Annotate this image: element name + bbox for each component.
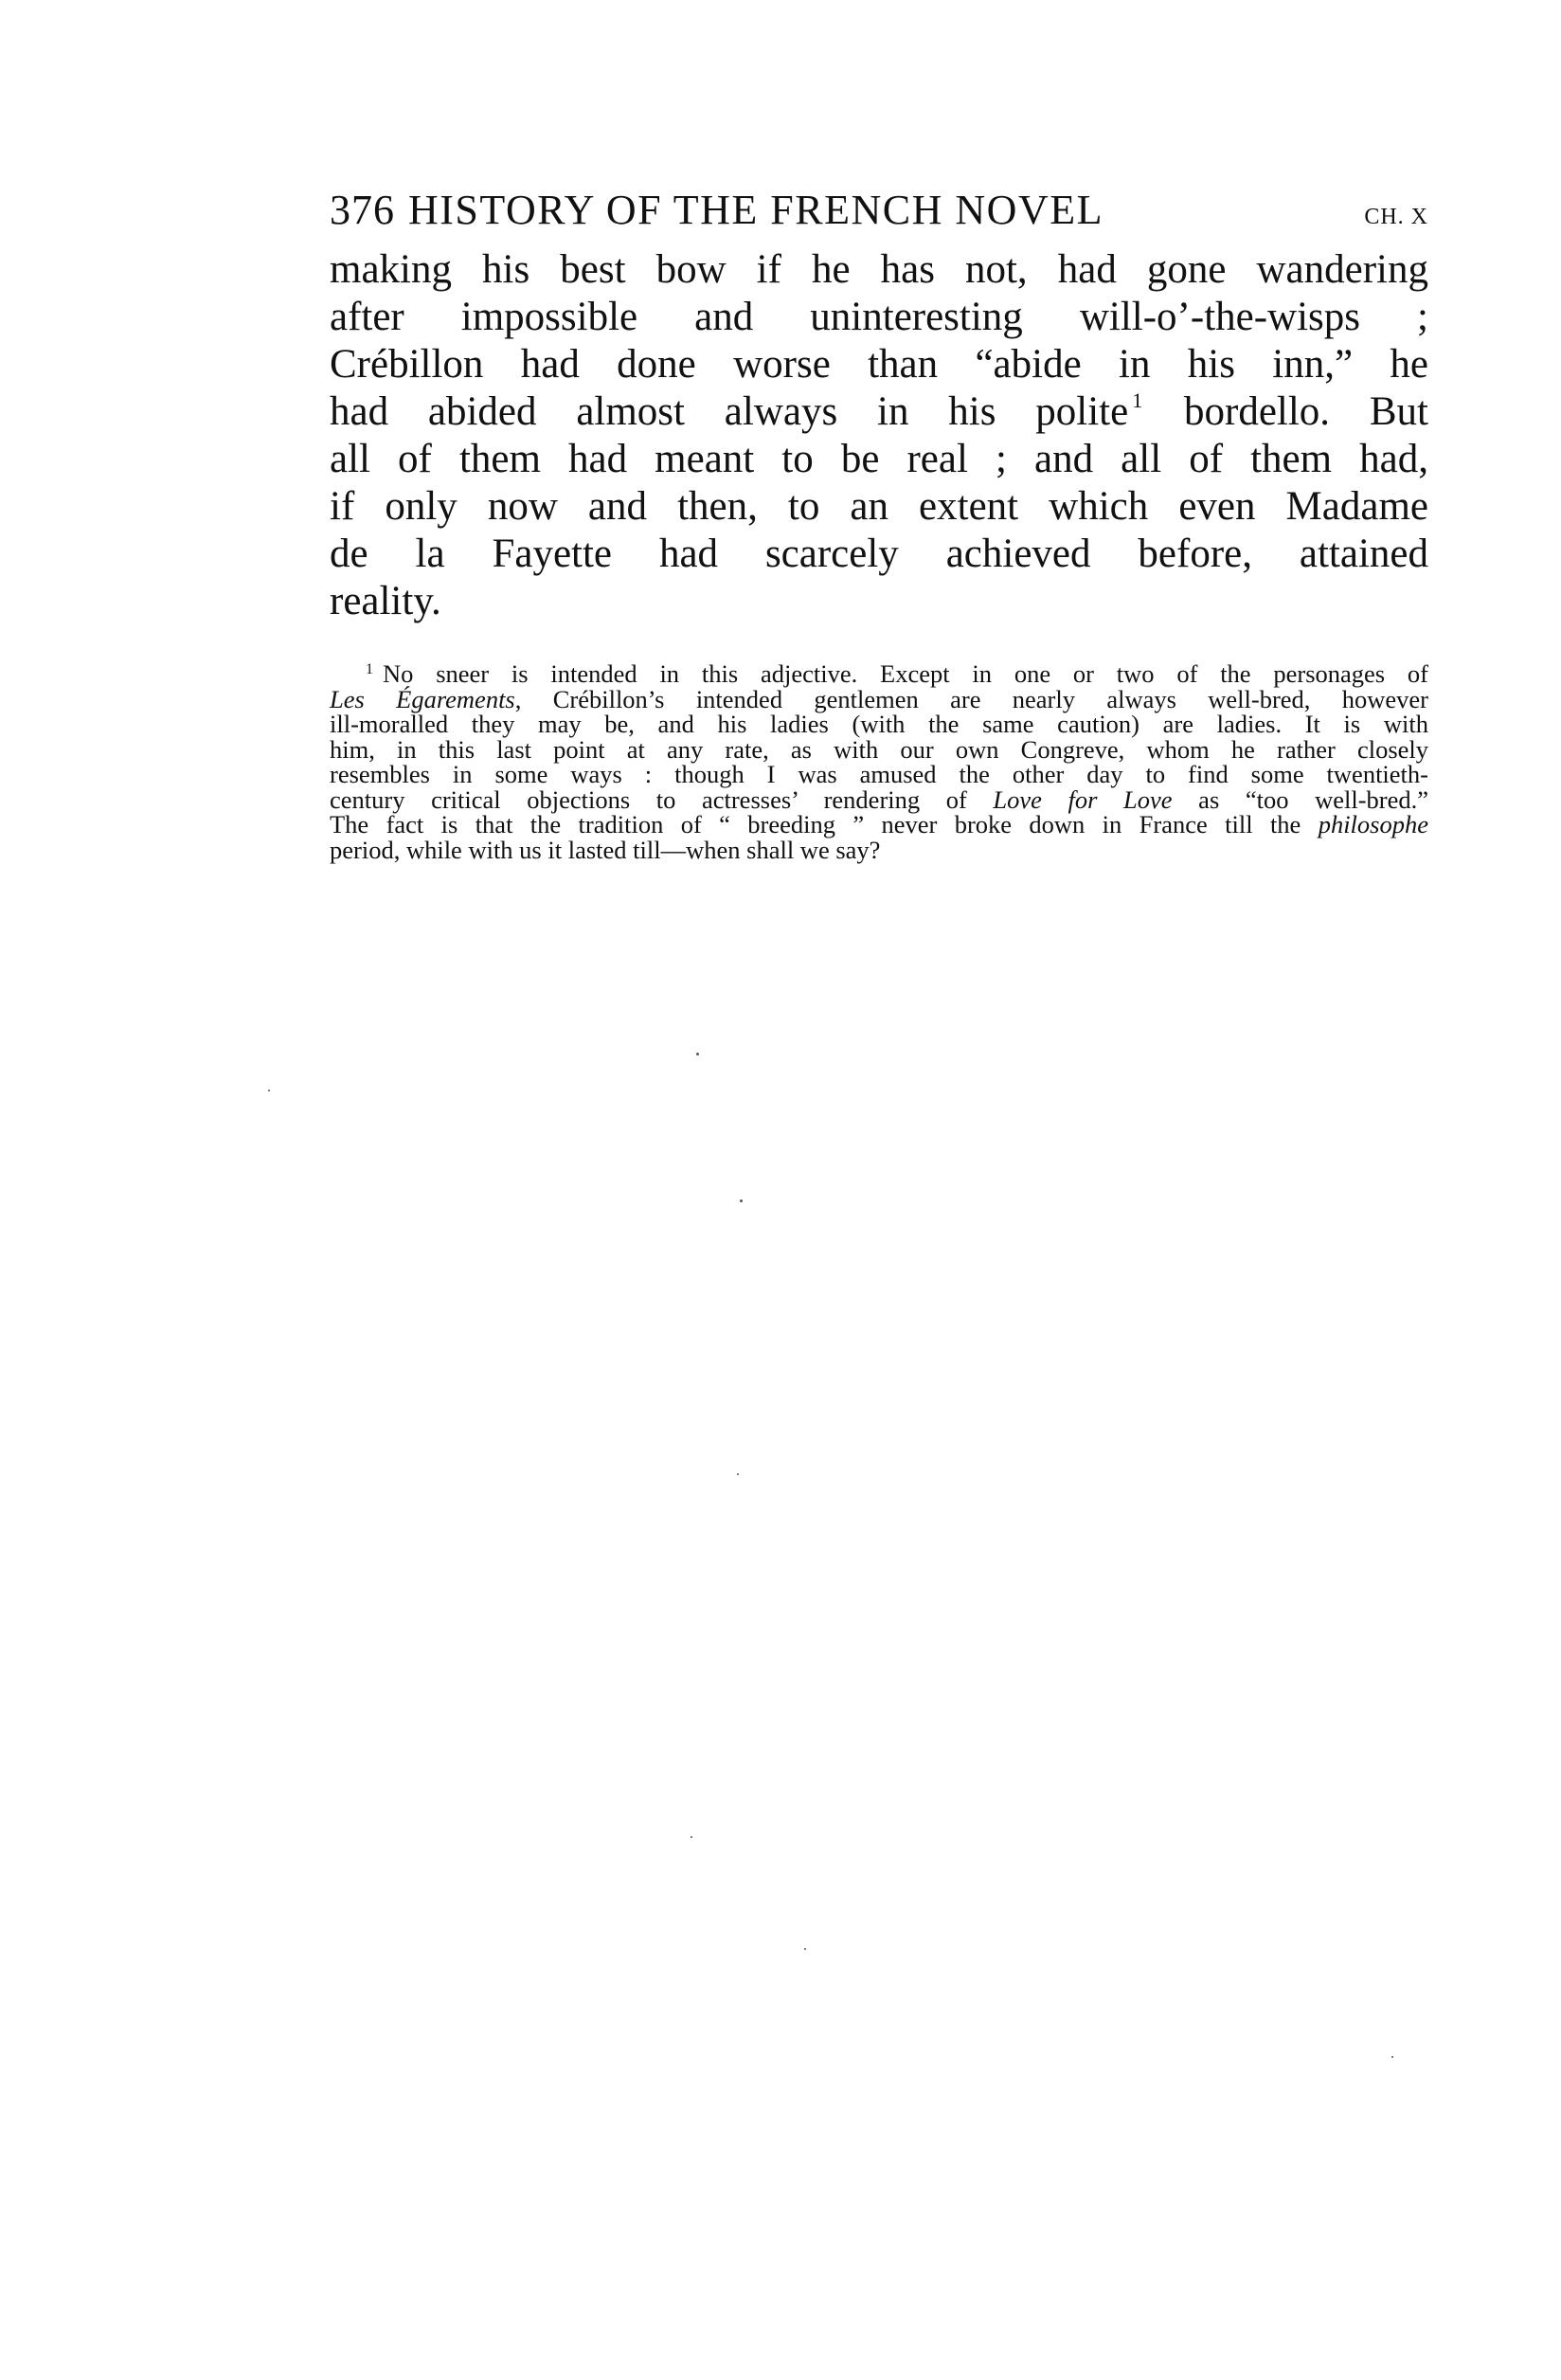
scan-speck <box>696 1053 699 1055</box>
footnote-line: period, while with us it lasted till—whe… <box>330 838 1428 863</box>
footnote-line: 1No sneer is intended in this adjective.… <box>330 661 1428 687</box>
footnote-marker: 1 <box>366 661 373 677</box>
footnote: 1No sneer is intended in this adjective.… <box>330 661 1428 862</box>
italic-title: Les Égarements <box>330 685 515 713</box>
body-line: Crébillon had done worse than “abide in … <box>330 341 1428 388</box>
footnote-text: as “too well-bred.” <box>1173 785 1428 814</box>
footnote-line: Les Égarements, Crébillon’s intended gen… <box>330 687 1428 712</box>
book-page: 376 HISTORY OF THE FRENCH NOVEL CH. X ma… <box>330 186 1428 862</box>
body-line: had abided almost always in his polite1 … <box>330 388 1428 436</box>
body-line: after impossible and uninteresting will-… <box>330 294 1428 341</box>
scan-speck <box>691 1836 692 1838</box>
footnote-line: him, in this last point at any rate, as … <box>330 737 1428 763</box>
scan-speck <box>740 1199 743 1202</box>
body-line-text: had abided almost always in his polite <box>330 389 1128 434</box>
book-title: HISTORY OF THE FRENCH NOVEL <box>408 186 1103 234</box>
body-line: making his best bow if he has not, had g… <box>330 246 1428 294</box>
footnote-text: The fact is that the tradition of “ bree… <box>330 810 1319 838</box>
footnote-text: century critical objections to actresses… <box>330 785 993 814</box>
scan-speck <box>268 1090 270 1091</box>
running-head-left: 376 HISTORY OF THE FRENCH NOVEL <box>330 186 1103 234</box>
body-line: de la Fayette had scarcely achieved befo… <box>330 531 1428 578</box>
body-line-text: bordello. But <box>1144 389 1428 434</box>
scan-speck <box>1391 2056 1393 2058</box>
body-line: reality. <box>330 578 1428 625</box>
body-line: if only now and then, to an extent which… <box>330 483 1428 531</box>
running-head: 376 HISTORY OF THE FRENCH NOVEL CH. X <box>330 186 1428 239</box>
footnote-text: , Crébillon’s intended gentlemen are nea… <box>515 685 1428 713</box>
body-line: all of them had meant to be real ; and a… <box>330 436 1428 483</box>
scan-speck <box>804 1948 806 1950</box>
body-paragraph: making his best bow if he has not, had g… <box>330 246 1428 625</box>
italic-term: philosophe <box>1319 810 1428 838</box>
scan-speck <box>737 1473 739 1475</box>
footnote-reference: 1 <box>1132 388 1142 412</box>
footnote-line: ill-moralled they may be, and his ladies… <box>330 712 1428 737</box>
footnote-text: No sneer is intended in this adjective. … <box>383 659 1428 688</box>
chapter-label: CH. X <box>1364 205 1428 230</box>
italic-title: Love for Love <box>993 785 1172 814</box>
footnote-line: The fact is that the tradition of “ bree… <box>330 812 1428 838</box>
footnote-line: resembles in some ways : though I was am… <box>330 762 1428 787</box>
footnote-line: century critical objections to actresses… <box>330 787 1428 813</box>
page-number: 376 <box>330 186 395 234</box>
